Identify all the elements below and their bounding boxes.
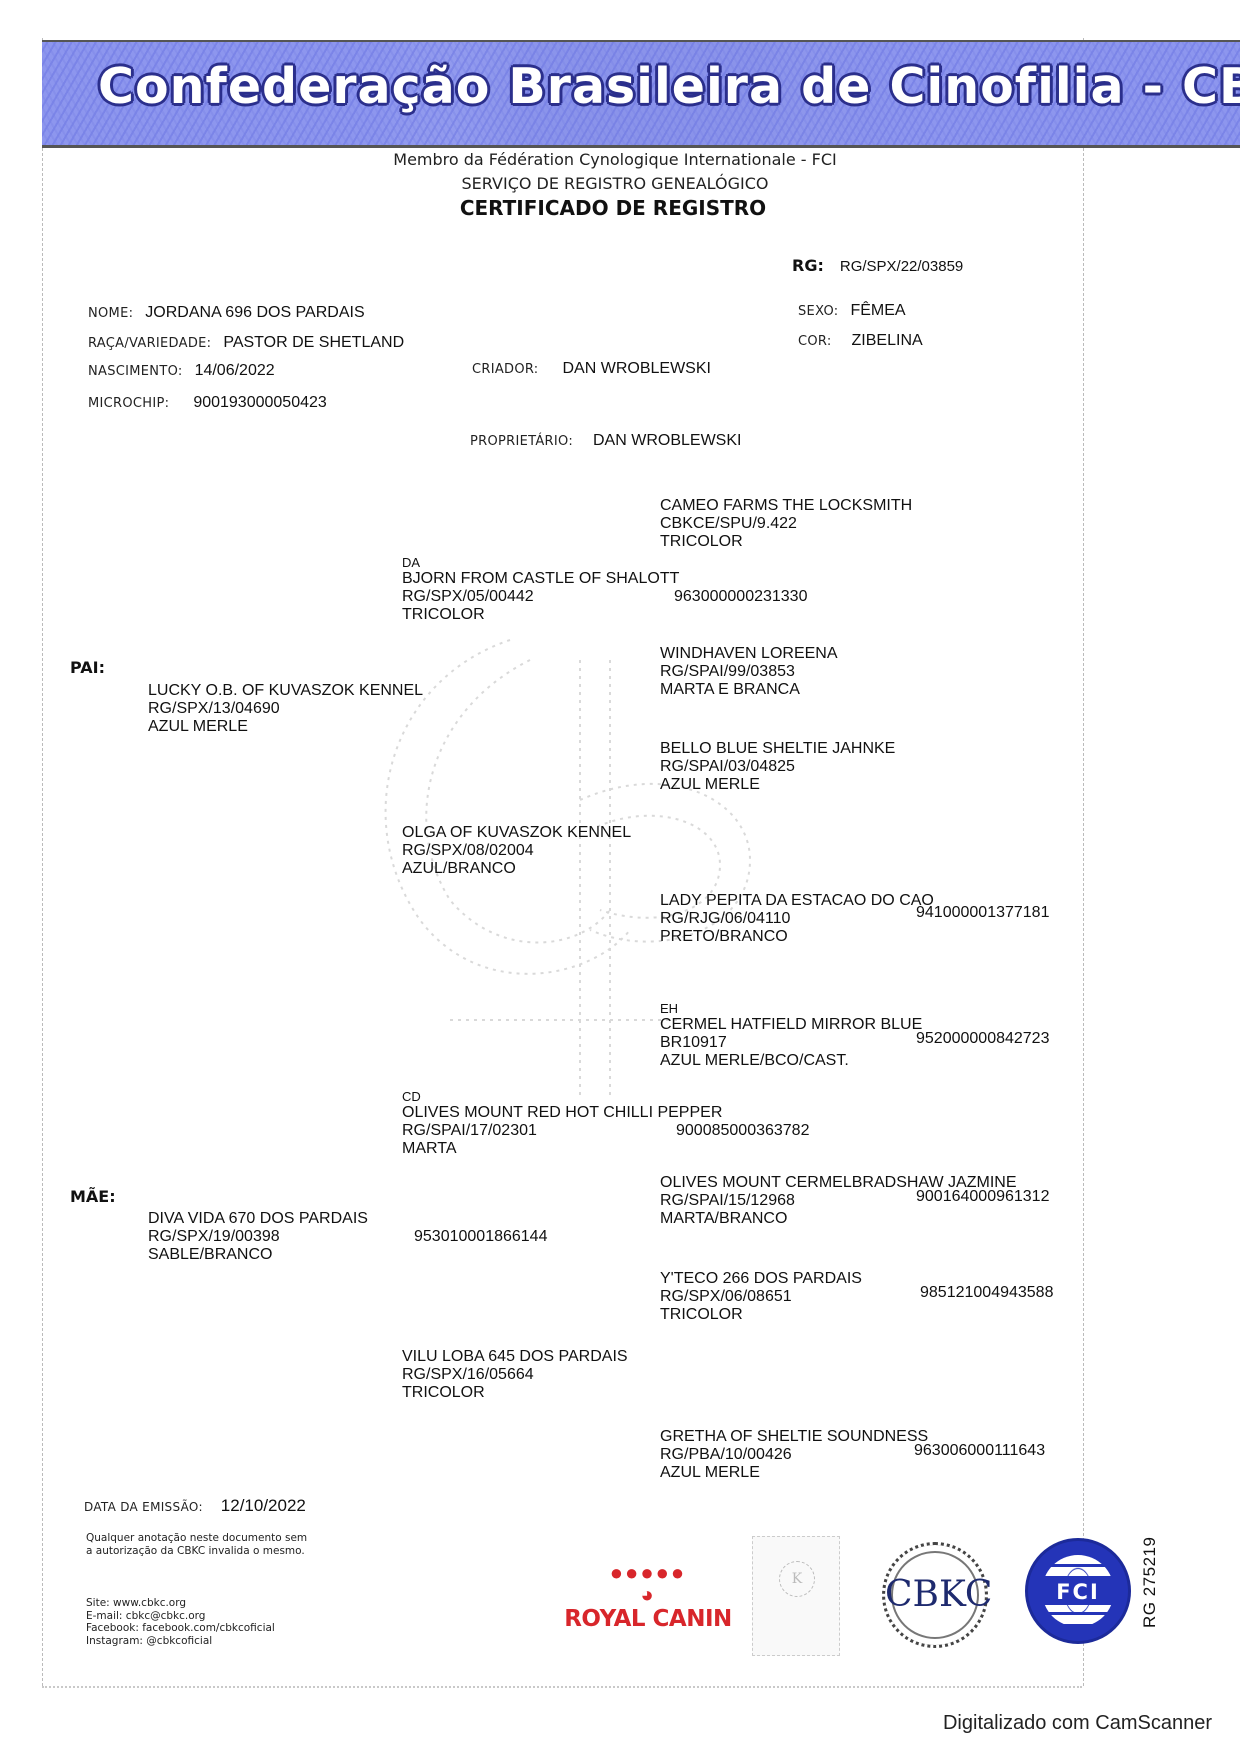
contact-info: Site: www.cbkc.org E-mail: cbkc@cbkc.org… [86, 1597, 275, 1647]
sire-entry: LUCKY O.B. OF KUVASZOK KENNEL RG/SPX/13/… [148, 682, 423, 736]
sire-label: PAI: [70, 658, 105, 677]
microchip: 900164000961312 [916, 1188, 1049, 1206]
rg-field: RG:RG/SPX/22/03859 [792, 256, 963, 276]
great-grandsire-3-entry: EH CERMEL HATFIELD MIRROR BLUE BR10917 A… [660, 1002, 922, 1070]
color-value: ZIBELINA [852, 332, 923, 349]
microchip-field: MICROCHIP:900193000050423 [88, 394, 327, 412]
dog-name: JORDANA 696 DOS PARDAIS [145, 304, 364, 321]
sex-value: FÊMEA [850, 302, 905, 319]
birth-field: NASCIMENTO:14/06/2022 [88, 362, 275, 380]
microchip: 900085000363782 [676, 1122, 809, 1140]
grandsire-maternal-entry: CD OLIVES MOUNT RED HOT CHILLI PEPPER RG… [402, 1090, 722, 1158]
dam-entry: DIVA VIDA 670 DOS PARDAIS RG/SPX/19/0039… [148, 1210, 368, 1264]
scanner-watermark: Digitalizado com CamScanner [943, 1712, 1212, 1735]
great-granddam-3-entry: OLIVES MOUNT CERMELBRADSHAW JAZMINE RG/S… [660, 1174, 1017, 1228]
document-title: CERTIFICADO DE REGISTRO [0, 196, 1233, 220]
royal-canin-logo: ●●●●●◕ ROYAL CANIN [560, 1562, 736, 1632]
email-link[interactable]: E-mail: cbkc@cbkc.org [86, 1610, 275, 1623]
issue-date: 12/10/2022 [221, 1496, 306, 1515]
page-border [42, 1686, 1082, 1688]
cbkc-banner: Confederação Brasileira de Cinofilia - C… [42, 40, 1240, 148]
great-grandsire-2-entry: BELLO BLUE SHELTIE JAHNKE RG/SPAI/03/048… [660, 740, 895, 794]
microchip: 963000000231330 [674, 588, 807, 606]
microchip-value: 900193000050423 [193, 394, 326, 411]
microchip: 952000000842723 [916, 1030, 1049, 1048]
great-grandsire-4-entry: Y'TECO 266 DOS PARDAIS RG/SPX/06/08651 T… [660, 1270, 862, 1324]
fci-membership: Membro da Fédération Cynologique Interna… [0, 150, 1235, 169]
facebook-link[interactable]: Facebook: facebook.com/cbkcoficial [86, 1622, 275, 1635]
stamp-emblem-icon: K [779, 1561, 815, 1597]
legal-notice: Qualquer anotação neste documento sem a … [86, 1532, 307, 1558]
microchip: 963006000111643 [914, 1442, 1045, 1460]
rg-value: RG/SPX/22/03859 [840, 258, 963, 275]
microchip: 985121004943588 [920, 1284, 1053, 1302]
crown-icon: ●●●●●◕ [560, 1562, 736, 1606]
color-field: COR:ZIBELINA [798, 332, 923, 350]
service-name: SERVIÇO DE REGISTRO GENEALÓGICO [0, 174, 1235, 193]
sex-field: SEXO:FÊMEA [798, 302, 906, 320]
banner-title: Confederação Brasileira de Cinofilia - C… [98, 58, 1240, 115]
fci-seal: FCI [1025, 1538, 1131, 1644]
breed-field: RAÇA/VARIEDADE:PASTOR DE SHETLAND [88, 334, 404, 352]
microchip: 941000001377181 [916, 904, 1049, 922]
granddam-maternal-entry: VILU LOBA 645 DOS PARDAIS RG/SPX/16/0566… [402, 1348, 628, 1402]
issue-date-field: DATA DA EMISSÃO:12/10/2022 [84, 1496, 306, 1516]
dam-label: MÃE: [70, 1187, 116, 1206]
great-granddam-4-entry: GRETHA OF SHELTIE SOUNDNESS RG/PBA/10/00… [660, 1428, 928, 1482]
cbkc-seal: CBKC [882, 1542, 988, 1648]
name-field: NOME:JORDANA 696 DOS PARDAIS [88, 304, 365, 322]
holographic-stamp: K [752, 1536, 840, 1656]
birth-value: 14/06/2022 [195, 362, 275, 379]
site-link[interactable]: Site: www.cbkc.org [86, 1597, 275, 1610]
grandsire-paternal-entry: DA BJORN FROM CASTLE OF SHALOTT RG/SPX/0… [402, 556, 679, 624]
owner-value: DAN WROBLEWSKI [593, 432, 741, 449]
great-grandsire-1-entry: CAMEO FARMS THE LOCKSMITH CBKCE/SPU/9.42… [660, 497, 912, 551]
breeder-value: DAN WROBLEWSKI [563, 360, 711, 377]
breed-value: PASTOR DE SHETLAND [223, 334, 404, 351]
owner-field: PROPRIETÁRIO:DAN WROBLEWSKI [470, 432, 741, 450]
microchip: 953010001866144 [414, 1228, 547, 1246]
breeder-field: CRIADOR:DAN WROBLEWSKI [472, 360, 711, 378]
granddam-paternal-entry: OLGA OF KUVASZOK KENNEL RG/SPX/08/02004 … [402, 824, 631, 878]
instagram-link[interactable]: Instagram: @cbkcoficial [86, 1635, 275, 1648]
great-granddam-1-entry: WINDHAVEN LOREENA RG/SPAI/99/03853 MARTA… [660, 645, 838, 699]
certificate-serial: RG 275219 [1140, 1537, 1160, 1628]
great-granddam-2-entry: LADY PEPITA DA ESTACAO DO CAO RG/RJG/06/… [660, 892, 934, 946]
